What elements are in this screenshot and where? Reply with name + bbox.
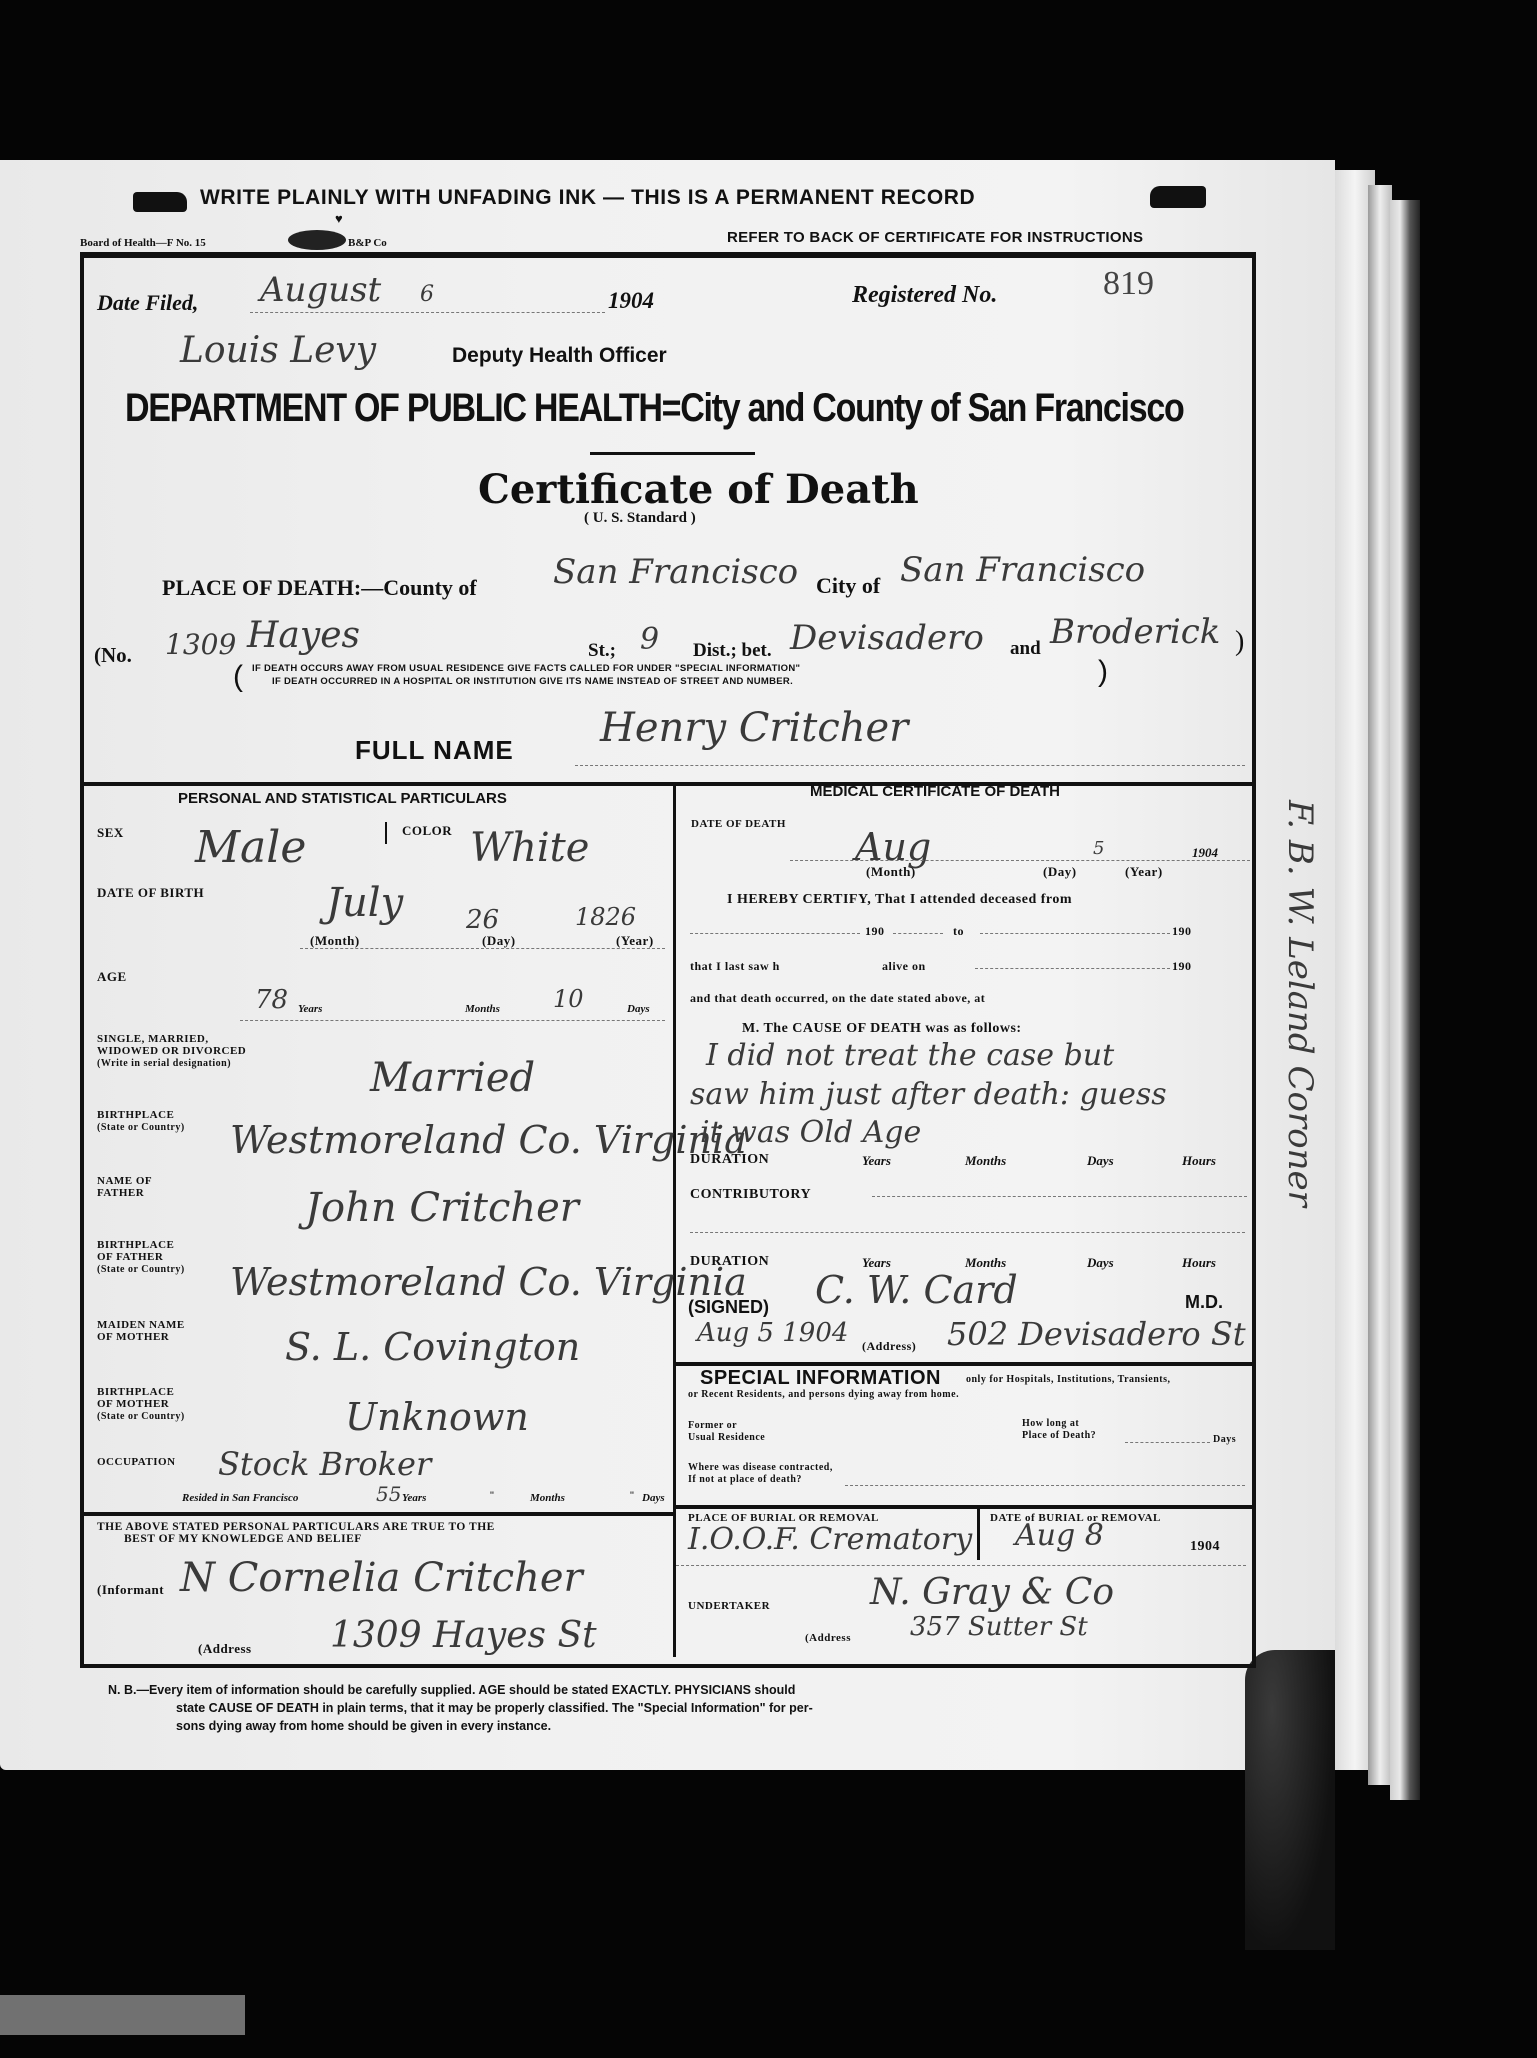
age-years-caption: Years	[298, 1003, 322, 1015]
contributory-label: CONTRIBUTORY	[690, 1188, 811, 1201]
full-name-underline	[575, 765, 1245, 766]
attended-to-line	[980, 933, 1170, 934]
dod-label: DATE OF DEATH	[691, 818, 786, 831]
from-190: 190	[865, 925, 885, 938]
how-long-label-1: How long at	[1022, 1418, 1079, 1429]
burial-date-value: Aug 8	[1015, 1518, 1104, 1553]
dod-day-caption: (Day)	[1043, 865, 1077, 878]
title-divider	[590, 452, 755, 455]
union-label-icon	[288, 230, 346, 250]
duration-days-2: Days	[1087, 1255, 1114, 1271]
cause-line-1: I did not treat the case but	[706, 1038, 1114, 1073]
age-underline	[240, 1020, 665, 1021]
special-heading: SPECIAL INFORMATION	[700, 1367, 941, 1390]
former-residence-label-1: Former or	[688, 1420, 737, 1431]
to-label: to	[953, 925, 964, 938]
age-days-caption: Days	[627, 1003, 650, 1015]
dob-year: 1826	[575, 903, 636, 931]
burial-divider	[674, 1505, 1252, 1509]
resided-years-caption: Years	[402, 1492, 426, 1504]
pointing-hand-left-icon	[133, 192, 187, 212]
mother-label-1: MAIDEN NAME	[97, 1320, 185, 1331]
cause-line-2: saw him just after death: guess	[690, 1077, 1167, 1112]
mother-birthplace-label-1: BIRTHPLACE	[97, 1387, 174, 1398]
special-heading-line-2: or Recent Residents, and persons dying a…	[688, 1388, 959, 1401]
undertaker-address: 357 Sutter St	[910, 1612, 1088, 1642]
contributory-line-2	[690, 1232, 1245, 1233]
certificate-title: Certificate of Death	[478, 466, 919, 513]
birthplace-value: Westmoreland Co. Virginia	[230, 1118, 747, 1162]
how-long-label-2: Place of Death?	[1022, 1430, 1096, 1441]
mother-name-value: S. L. Covington	[285, 1325, 580, 1369]
father-birthplace-label-3: (State or Country)	[97, 1264, 185, 1275]
coroner-margin-note: F. B. W. Leland Coroner	[1280, 800, 1320, 1207]
undertaker-label: UNDERTAKER	[688, 1600, 770, 1613]
alive-on-line	[975, 968, 1170, 969]
pointing-hand-right-icon	[1150, 186, 1206, 208]
registered-number: 819	[1103, 265, 1154, 303]
certify-text: I HEREBY CERTIFY, That I attended deceas…	[727, 893, 1072, 906]
header-banner: WRITE PLAINLY WITH UNFADING INK — THIS I…	[200, 186, 975, 210]
informant-label: (Informant	[97, 1583, 164, 1596]
deputy-signature: Louis Levy	[180, 330, 376, 371]
dod-month-caption: (Month)	[866, 865, 916, 878]
deputy-title: Deputy Health Officer	[452, 344, 667, 368]
attended-from-line	[690, 933, 860, 934]
burial-underline	[676, 1565, 1246, 1566]
color-value: White	[470, 825, 589, 871]
last-saw-text: that I last saw h	[690, 960, 780, 973]
cause-label: M. The CAUSE OF DEATH was as follows:	[742, 1022, 1022, 1035]
personal-heading: PERSONAL AND STATISTICAL PARTICULARS	[178, 790, 507, 807]
special-heading-small: only for Hospitals, Institutions, Transi…	[966, 1373, 1170, 1386]
dist-label: Dist.; bet.	[693, 640, 772, 662]
form-number: Board of Health—F No. 15	[80, 237, 206, 249]
contracted-label-2: If not at place of death?	[688, 1474, 802, 1485]
city-value: San Francisco	[900, 550, 1145, 590]
duration-label: DURATION	[690, 1153, 769, 1166]
father-label-2: FATHER	[97, 1188, 144, 1199]
occupation-value: Stock Broker	[218, 1445, 431, 1483]
us-standard: ( U. S. Standard )	[584, 510, 696, 527]
resided-days-caption: Days	[642, 1492, 665, 1504]
duration-years: Years	[862, 1153, 891, 1169]
page-stack-edge	[1368, 185, 1392, 1785]
duration-months: Months	[965, 1153, 1006, 1169]
attest-line-2: BEST OF MY KNOWLEDGE AND BELIEF	[124, 1533, 362, 1545]
date-filed-label: Date Filed,	[97, 290, 198, 316]
occupation-label: OCCUPATION	[97, 1456, 176, 1469]
column-divider	[673, 782, 676, 1657]
place-of-death-label: PLACE OF DEATH:—County of	[162, 575, 477, 601]
duration-hours: Hours	[1182, 1153, 1216, 1169]
ward-value: 9	[640, 622, 659, 657]
date-filed-year: 1904	[608, 288, 654, 314]
resided-months: "	[490, 1490, 494, 1502]
age-label: AGE	[97, 970, 127, 983]
department-title: DEPARTMENT OF PUBLIC HEALTH=City and Cou…	[125, 386, 1183, 431]
close-paren: )	[1235, 626, 1244, 658]
dob-day-caption: (Day)	[482, 934, 516, 947]
page-tab	[0, 1995, 245, 2035]
page-stack-edge	[1390, 200, 1420, 1800]
dob-year-caption: (Year)	[616, 934, 654, 947]
father-birthplace-value: Westmoreland Co. Virginia	[230, 1260, 747, 1304]
date-filed-underline	[250, 312, 605, 313]
physician-signature: C. W. Card	[815, 1268, 1018, 1312]
informant-address-label: (Address	[198, 1642, 252, 1655]
age-years: 78	[255, 985, 288, 1015]
heart-ornament-icon: ♥	[335, 211, 343, 226]
dob-label: DATE OF BIRTH	[97, 886, 204, 899]
sex-value: Male	[195, 822, 306, 873]
informant-divider	[84, 1512, 674, 1516]
st-label: St.;	[588, 640, 616, 662]
former-residence-label-2: Usual Residence	[688, 1432, 765, 1443]
md-label: M.D.	[1185, 1292, 1223, 1313]
street-number: 1309	[165, 628, 236, 661]
signed-date: Aug 5 1904	[697, 1318, 848, 1348]
marital-value: Married	[370, 1055, 535, 1101]
mother-birthplace-value: Unknown	[345, 1395, 529, 1439]
sex-label: SEX	[97, 826, 124, 839]
resided-months-caption: Months	[530, 1492, 565, 1504]
burial-year: 1904	[1190, 1540, 1220, 1553]
registered-label: Registered No.	[852, 282, 997, 309]
age-days: 10	[553, 985, 584, 1013]
birthplace-label-1: BIRTHPLACE	[97, 1110, 174, 1121]
how-long-days: Days	[1213, 1433, 1236, 1446]
birthplace-label-2: (State or Country)	[97, 1122, 185, 1133]
special-divider	[674, 1362, 1252, 1366]
sex-color-divider	[385, 822, 387, 844]
printer-name: B&P Co	[348, 237, 387, 249]
mother-birthplace-label-2: OF MOTHER	[97, 1399, 169, 1410]
marital-label-1: SINGLE, MARRIED,	[97, 1034, 209, 1045]
alive-on-text: alive on	[882, 960, 926, 973]
physician-address-label: (Address)	[862, 1340, 916, 1353]
attest-line-1: THE ABOVE STATED PERSONAL PARTICULARS AR…	[97, 1521, 495, 1533]
dob-underline	[300, 948, 665, 949]
full-name-value: Henry Critcher	[600, 705, 908, 751]
cause-line-3: it was Old Age	[700, 1115, 921, 1150]
refer-instructions: REFER TO BACK OF CERTIFICATE FOR INSTRUC…	[727, 229, 1143, 246]
footer-line-2: state CAUSE OF DEATH in plain terms, tha…	[176, 1701, 813, 1715]
dob-month-caption: (Month)	[310, 934, 360, 947]
marital-label-2: WIDOWED OR DIVORCED	[97, 1046, 246, 1057]
contracted-line	[845, 1485, 1245, 1486]
between-street-1: Devisadero	[790, 618, 984, 658]
resided-days: "	[630, 1490, 634, 1502]
burial-place-value: I.O.O.F. Crematory	[688, 1522, 972, 1557]
note-open-paren: (	[233, 660, 243, 694]
dob-day: 26	[466, 905, 499, 935]
alive-190: 190	[1172, 960, 1192, 973]
footer-line-1: N. B.—Every item of information should b…	[108, 1683, 795, 1697]
resided-years: 55	[376, 1482, 401, 1506]
informant-name: N Cornelia Critcher	[180, 1555, 583, 1601]
resided-label: Resided in San Francisco	[182, 1492, 298, 1504]
between-street-2: Broderick	[1050, 612, 1220, 652]
undertaker-address-label: (Address	[805, 1632, 851, 1645]
section-divider-top	[84, 782, 1252, 786]
to-190: 190	[1172, 925, 1192, 938]
binder-clip	[1245, 1650, 1335, 1950]
note-close-paren: )	[1098, 655, 1108, 689]
duration-hours-2: Hours	[1182, 1255, 1216, 1271]
dod-underline	[790, 860, 1250, 861]
attended-gap-line	[893, 933, 943, 934]
duration-days: Days	[1087, 1153, 1114, 1169]
medical-heading: MEDICAL CERTIFICATE OF DEATH	[810, 783, 1060, 800]
street-name: Hayes	[247, 615, 360, 656]
dob-month: July	[326, 880, 403, 926]
father-birthplace-label-1: BIRTHPLACE	[97, 1240, 174, 1251]
street-no-label: (No.	[94, 643, 132, 668]
marital-label-3: (Write in serial designation)	[97, 1058, 231, 1069]
dod-year-caption: (Year)	[1125, 865, 1163, 878]
date-filed-day: 6	[420, 282, 434, 307]
father-birthplace-label-2: OF FATHER	[97, 1252, 163, 1263]
undertaker-value: N. Gray & Co	[870, 1572, 1114, 1613]
dod-month: Aug	[855, 825, 931, 869]
county-value: San Francisco	[553, 552, 798, 592]
and-label: and	[1010, 638, 1041, 660]
informant-address: 1309 Hayes St	[330, 1615, 597, 1656]
father-label-1: NAME OF	[97, 1176, 152, 1187]
signed-label: (SIGNED)	[688, 1297, 769, 1318]
death-occurred-text: and that death occurred, on the date sta…	[690, 992, 985, 1005]
place-note-line-2: IF DEATH OCCURRED IN A HOSPITAL OR INSTI…	[272, 676, 793, 687]
physician-address: 502 Devisadero St	[947, 1315, 1246, 1353]
color-label: COLOR	[402, 824, 452, 837]
how-long-line	[1125, 1442, 1210, 1443]
date-filed-month: August	[260, 270, 381, 310]
age-months-caption: Months	[465, 1003, 500, 1015]
dod-day: 5	[1093, 838, 1104, 859]
full-name-label: FULL NAME	[355, 735, 514, 766]
contributory-line	[872, 1196, 1247, 1197]
father-name-value: John Critcher	[305, 1185, 579, 1231]
contracted-label-1: Where was disease contracted,	[688, 1462, 833, 1473]
mother-label-2: OF MOTHER	[97, 1332, 169, 1343]
mother-birthplace-label-3: (State or Country)	[97, 1411, 185, 1422]
city-label: City of	[816, 573, 880, 599]
burial-column-divider	[977, 1505, 980, 1560]
dod-year: 1904	[1192, 845, 1218, 861]
duration-label-2: DURATION	[690, 1255, 769, 1268]
place-note-line-1: IF DEATH OCCURS AWAY FROM USUAL RESIDENC…	[252, 663, 800, 674]
footer-line-3: sons dying away from home should be give…	[176, 1719, 551, 1733]
